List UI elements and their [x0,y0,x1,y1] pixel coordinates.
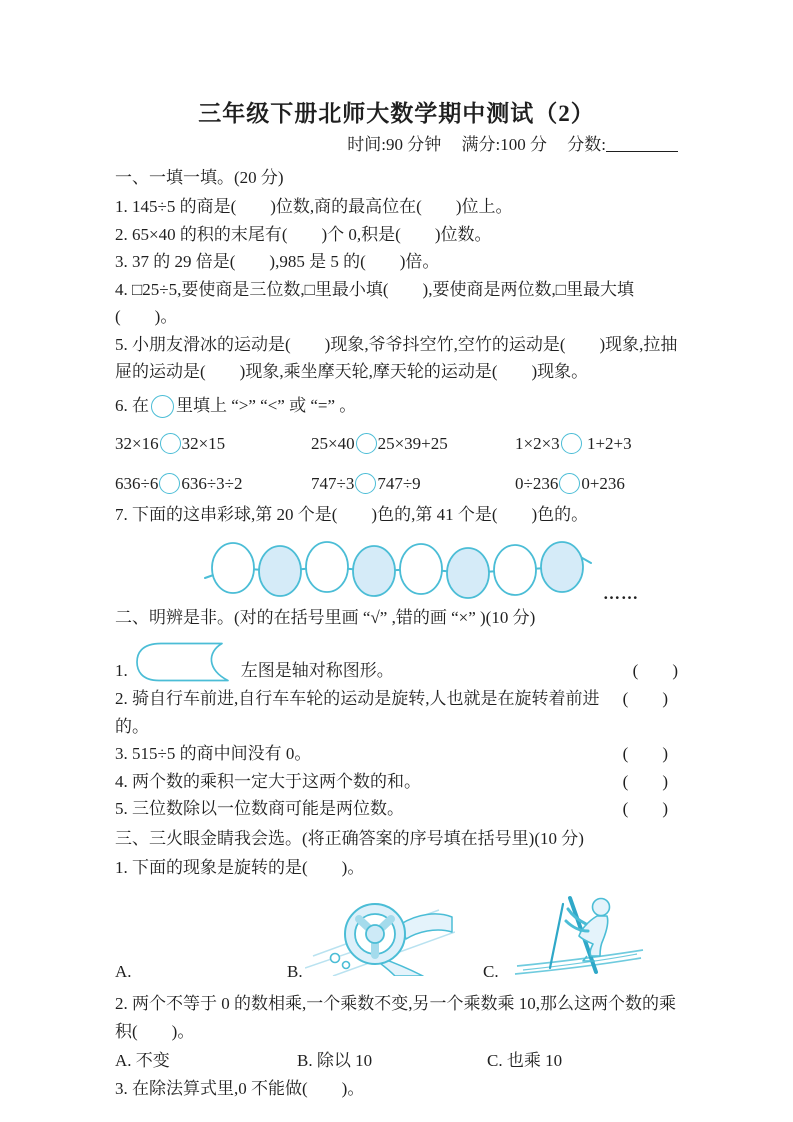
compare-circle-icon [160,433,181,454]
option-a-label: A. [115,962,132,982]
fill-q2: 2. 65×40 的积的末尾有( )个 0,积是( )位数。 [115,221,678,249]
fill-q5: 5. 小朋友滑冰的运动是( )现象,爷爷抖空竹,空竹的运动是( )现象,拉抽屉的… [115,331,678,386]
meta-full-score: 满分:100 分 [462,130,547,160]
choice-option-a: A. [115,885,287,984]
compare-left: 636÷6 [115,474,158,493]
answer-bracket: ( ) [623,685,678,713]
bead [212,543,254,593]
judge-item-text: 2. 骑自行车前进,自行车车轮的运动是旋转,人也就是在旋转着前进的。 [115,685,615,740]
answer-bracket: ( ) [623,740,678,768]
compare-circle-icon [159,473,180,494]
compare-right: 747÷9 [377,474,420,493]
judge-item-text: 4. 两个数的乘积一定大于这两个数的和。 [115,768,615,796]
fill-q7: 7. 下面的这串彩球,第 20 个是( )色的,第 41 个是( )色的。 [115,501,678,529]
meta-score-label: 分数: [567,130,606,160]
choice-option-c: C. [483,885,678,984]
bead [541,542,583,592]
judge-item: 2. 骑自行车前进,自行车车轮的运动是旋转,人也就是在旋转着前进的。 ( ) [115,685,678,740]
comparison-grid: 32×1632×15 25×4025×39+25 1×2×3 1+2+3 636… [115,433,678,494]
compare-circle-icon [151,395,174,418]
judge-item: 3. 515÷5 的商中间没有 0。 ( ) [115,740,678,768]
fill-q6-prefix: 6. 在 [115,396,149,415]
judge-item: 4. 两个数的乘积一定大于这两个数的和。 ( ) [115,768,678,796]
option-b-label: B. [287,962,303,982]
skier-image [513,890,647,984]
compare-item: 747÷3747÷9 [311,473,515,494]
choice-q2: 2. 两个不等于 0 的数相乘,一个乘数不变,另一个乘数乘 10,那么这两个数的… [115,990,678,1045]
compare-item: 32×1632×15 [115,433,311,454]
bead [353,546,395,596]
judge-q1-text: 左图是轴对称图形。 [241,659,394,683]
choice-q1-options-row: A. B. [115,885,678,984]
compare-circle-icon [355,473,376,494]
judge-q1: 1. 左图是轴对称图形。 ( ) [115,635,678,683]
bead-string-image [203,536,595,600]
judge-item-text: 5. 三位数除以一位数商可能是两位数。 [115,795,615,823]
steering-wheel-image [305,892,455,976]
choice-option-b: B. [287,885,483,984]
bead [447,548,489,598]
choice-q2-options: A. 不变 B. 除以 10 C. 也乘 10 [115,1046,678,1075]
compare-right: 25×39+25 [378,434,448,453]
fill-q1: 1. 145÷5 的商是( )位数,商的最高位在( )位上。 [115,193,678,221]
compare-right: 32×15 [182,434,226,453]
choice-q2-option-b: B. 除以 10 [297,1046,487,1075]
bead [400,544,442,594]
compare-left: 25×40 [311,434,355,453]
score-blank-line [606,138,678,152]
meta-line: 时间:90 分钟 满分:100 分 分数: [115,130,678,160]
section2-heading: 二、明辨是非。(对的在括号里画 “√” ,错的画 “×” )(10 分) [115,604,678,632]
bead [494,545,536,595]
compare-left: 32×16 [115,434,159,453]
fill-q6: 6. 在里填上 “>” “<” 或 “=” 。 [115,388,678,424]
bead [259,546,301,596]
bead-string-figure: …… [203,536,595,600]
compare-right: 0+236 [581,474,625,493]
judge-q1-number: 1. [115,659,128,683]
fill-q6-suffix: 里填上 “>” “<” 或 “=” 。 [176,396,356,415]
choice-q3: 3. 在除法算式里,0 不能做( )。 [115,1075,678,1103]
section1-heading: 一、一填一填。(20 分) [115,164,678,192]
compare-circle-icon [559,473,580,494]
judge-item: 5. 三位数除以一位数商可能是两位数。 ( ) [115,795,678,823]
choice-q1: 1. 下面的现象是旋转的是( )。 [115,854,678,882]
judge-item-text: 3. 515÷5 的商中间没有 0。 [115,740,615,768]
fill-q3: 3. 37 的 29 倍是( ),985 是 5 的( )倍。 [115,248,678,276]
compare-item: 636÷6636÷3÷2 [115,473,311,494]
beads-ellipsis: …… [603,584,639,604]
compare-left: 0÷236 [515,474,558,493]
answer-bracket: ( ) [623,795,678,823]
choice-q2-option-a: A. 不变 [115,1046,297,1075]
bead [306,542,348,592]
choice-q2-option-c: C. 也乘 10 [487,1046,678,1075]
meta-time: 时间:90 分钟 [347,130,441,160]
answer-bracket: ( ) [633,659,678,683]
option-c-label: C. [483,962,499,982]
test-paper-page: 三年级下册北师大数学期中测试（2） 时间:90 分钟 满分:100 分 分数: … [0,0,793,1122]
paper-content: 三年级下册北师大数学期中测试（2） 时间:90 分钟 满分:100 分 分数: … [115,98,678,1103]
compare-circle-icon [561,433,582,454]
compare-circle-icon [356,433,377,454]
fill-q4: 4. □25÷5,要使商是三位数,□里最小填( ),要使商是两位数,□里最大填(… [115,276,678,331]
section3-heading: 三、三火眼金睛我会选。(将正确答案的序号填在括号里)(10 分) [115,825,678,853]
compare-item: 1×2×3 1+2+3 [515,433,678,454]
compare-item: 25×4025×39+25 [311,433,515,454]
compare-item: 0÷2360+236 [515,473,678,494]
compare-right: 636÷3÷2 [181,474,242,493]
compare-right: 1+2+3 [583,434,632,453]
cylinder-shape-image [135,641,239,683]
compare-left: 747÷3 [311,474,354,493]
answer-bracket: ( ) [623,768,678,796]
compare-left: 1×2×3 [515,434,560,453]
page-title: 三年级下册北师大数学期中测试（2） [115,98,678,130]
